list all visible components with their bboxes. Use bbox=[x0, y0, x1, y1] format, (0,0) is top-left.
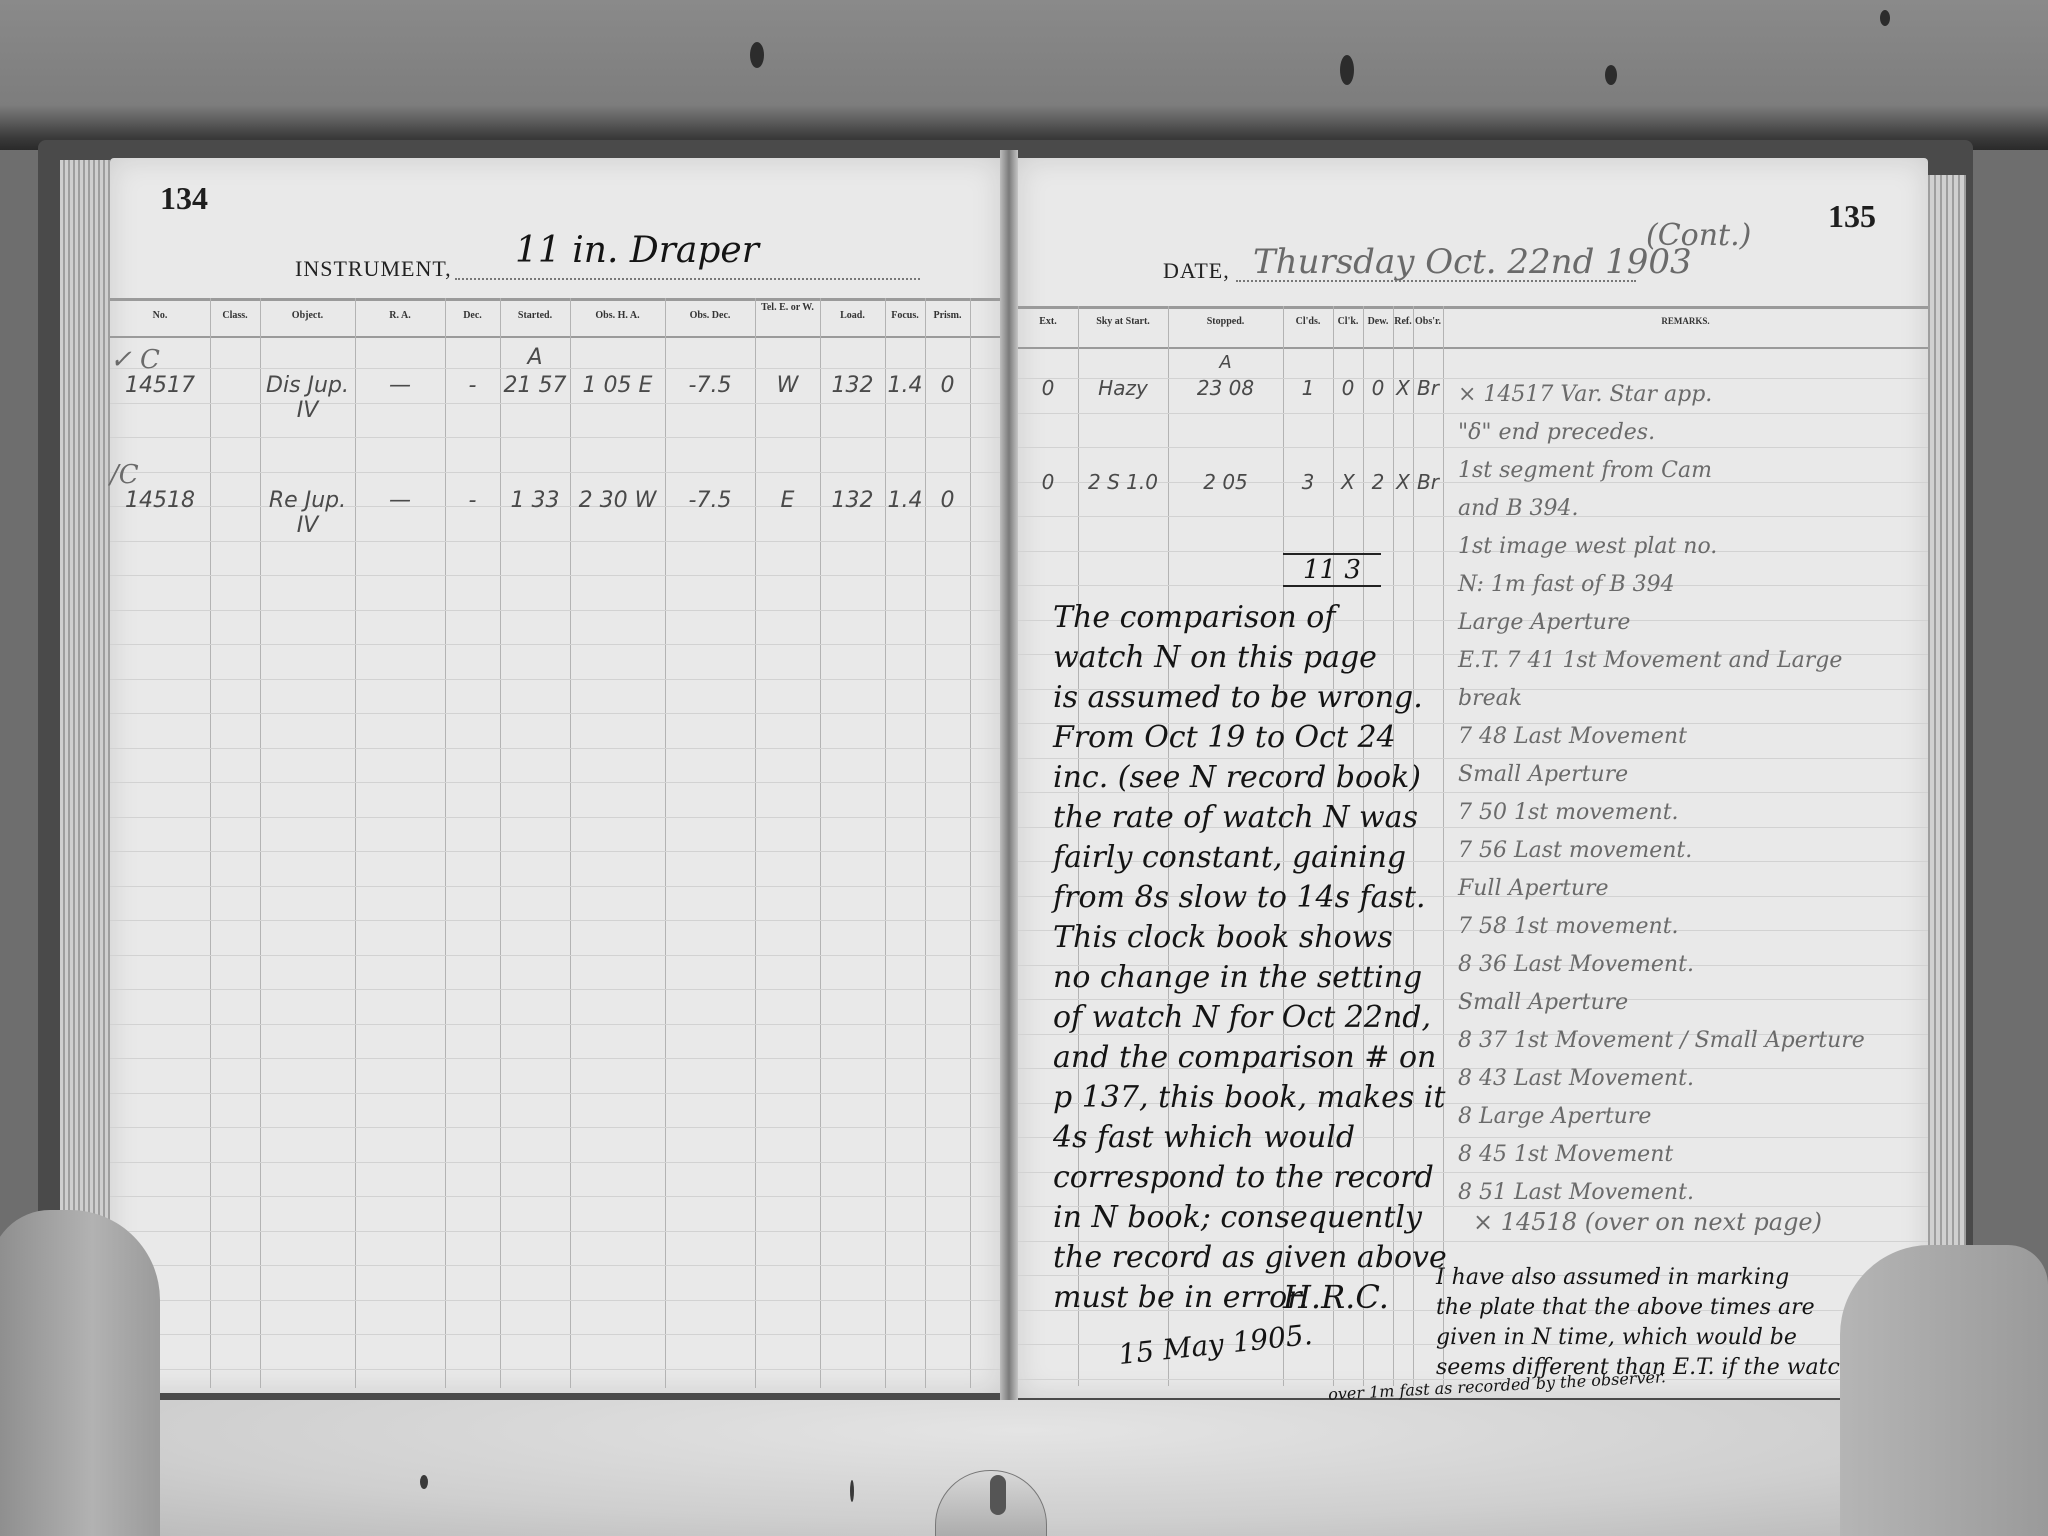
board-knot bbox=[1880, 10, 1890, 26]
row-rule bbox=[110, 989, 1000, 990]
date-label: DATE, bbox=[1163, 258, 1230, 284]
instrument-dotline bbox=[455, 278, 920, 280]
column-header: No. bbox=[110, 310, 210, 321]
board-knot bbox=[750, 42, 764, 68]
row-rule bbox=[110, 1231, 1000, 1232]
column-rule bbox=[885, 298, 886, 1388]
column-rule bbox=[570, 298, 571, 1388]
entry-prism: 0 bbox=[925, 488, 970, 513]
column-header: Obs'r. bbox=[1413, 316, 1443, 327]
entry-obs-ha: 2 30 W bbox=[570, 488, 665, 513]
row-rule bbox=[110, 955, 1000, 956]
entry-stopped: 2 05 bbox=[1168, 470, 1283, 494]
row-rule bbox=[110, 437, 1000, 438]
column-header: Ext. bbox=[1018, 316, 1078, 327]
row-rule bbox=[110, 1196, 1000, 1197]
handwritten-line: 8 36 Last Movement. bbox=[1458, 946, 1865, 984]
board-knot bbox=[1340, 55, 1354, 85]
handwritten-line: 8 43 Last Movement. bbox=[1458, 1060, 1865, 1098]
entry-obsr: Br bbox=[1413, 470, 1443, 494]
entry-load: 132 bbox=[820, 488, 885, 513]
handwritten-line: Full Aperture bbox=[1458, 870, 1865, 908]
entry-no: 14518 bbox=[110, 488, 210, 513]
correction-mark: 11 3 bbox=[1283, 553, 1381, 587]
entry-ref: X bbox=[1393, 470, 1413, 494]
column-header-band bbox=[1018, 306, 1928, 349]
handwritten-line: and the comparison # on bbox=[1053, 1038, 1447, 1078]
entry-obs-dec: -7.5 bbox=[665, 373, 755, 398]
handwritten-line: break bbox=[1458, 680, 1865, 718]
right-hand bbox=[1840, 1245, 2048, 1536]
entry-dew: 2 bbox=[1363, 470, 1393, 494]
row-rule bbox=[110, 713, 1000, 714]
entry-clds: 1 bbox=[1283, 376, 1333, 400]
entry-obsr: Br bbox=[1413, 376, 1443, 400]
row-rule bbox=[110, 1300, 1000, 1301]
column-rule bbox=[970, 298, 971, 1388]
row-rule bbox=[110, 817, 1000, 818]
handwritten-line: "δ" end precedes. bbox=[1458, 414, 1865, 452]
left-hand bbox=[0, 1210, 160, 1536]
started-mark: A bbox=[500, 345, 570, 370]
stopped-mark: A bbox=[1168, 352, 1283, 373]
row-rule bbox=[110, 644, 1000, 645]
entry-sky: 2 S 1.0 bbox=[1078, 470, 1168, 494]
entry-ext: 0 bbox=[1018, 376, 1078, 400]
entry-ra: — bbox=[355, 373, 445, 398]
handwritten-line: 1st segment from Cam bbox=[1458, 452, 1865, 490]
entry-tel: W bbox=[755, 373, 820, 398]
row-rule bbox=[110, 541, 1000, 542]
entry-object: Dis Jup. IV bbox=[260, 373, 355, 423]
row-rule bbox=[110, 1265, 1000, 1266]
row-rule bbox=[110, 1058, 1000, 1059]
handwritten-line: 1st image west plat no. bbox=[1458, 528, 1865, 566]
handwritten-line: and B 394. bbox=[1458, 490, 1865, 528]
entry-object: Re Jup. IV bbox=[260, 488, 355, 538]
column-header: Sky at Start. bbox=[1078, 316, 1168, 327]
row-mark: /C bbox=[110, 460, 139, 490]
wooden-board bbox=[0, 0, 2048, 150]
row-rule bbox=[110, 403, 1000, 404]
entry-tel: E bbox=[755, 488, 820, 513]
left-page: 134 INSTRUMENT, 11 in. Draper No.Class.O… bbox=[110, 158, 1000, 1393]
column-rule bbox=[500, 298, 501, 1388]
handwritten-line: 8 Large Aperture bbox=[1458, 1098, 1865, 1136]
entry-sky: Hazy bbox=[1078, 376, 1168, 400]
remarks-footer: × 14518 (over on next page) bbox=[1473, 1208, 1822, 1236]
handwritten-line: From Oct 19 to Oct 24 bbox=[1053, 718, 1447, 758]
column-header: Dec. bbox=[445, 310, 500, 321]
entry-clk: X bbox=[1333, 470, 1363, 494]
row-rule bbox=[110, 1334, 1000, 1335]
entry-started: 1 33 bbox=[500, 488, 570, 513]
column-rule bbox=[445, 298, 446, 1388]
handwritten-line: the plate that the above times are bbox=[1436, 1293, 1904, 1323]
book-gutter bbox=[1000, 150, 1018, 1400]
second-note: I have also assumed in markingthe plate … bbox=[1436, 1263, 1904, 1383]
row-rule bbox=[110, 472, 1000, 473]
handwritten-line: is assumed to be wrong. bbox=[1053, 678, 1447, 718]
handwritten-line: given in N time, which would be bbox=[1436, 1323, 1904, 1353]
row-mark: ✓ C bbox=[110, 345, 160, 375]
entry-no: 14517 bbox=[110, 373, 210, 398]
handwritten-line: 4s fast which would bbox=[1053, 1118, 1447, 1158]
right-page: 135 (Cont.) DATE, Thursday Oct. 22nd 190… bbox=[1018, 158, 1928, 1398]
page-edges-right bbox=[1928, 175, 1966, 1395]
entry-clk: 0 bbox=[1333, 376, 1363, 400]
row-rule bbox=[110, 1369, 1000, 1370]
handwritten-line: p 137, this book, makes it bbox=[1053, 1078, 1447, 1118]
column-header: Cl'k. bbox=[1333, 316, 1363, 327]
column-rule bbox=[210, 298, 211, 1388]
column-header: REMARKS. bbox=[1443, 316, 1928, 327]
handwritten-line: Large Aperture bbox=[1458, 604, 1865, 642]
page-number-left: 134 bbox=[160, 180, 208, 217]
row-rule bbox=[110, 1024, 1000, 1025]
handwritten-line: E.T. 7 41 1st Movement and Large bbox=[1458, 642, 1865, 680]
handwritten-line: inc. (see N record book) bbox=[1053, 758, 1447, 798]
entry-focus: 1.4 bbox=[885, 373, 925, 398]
handwritten-line: N: 1m fast of B 394 bbox=[1458, 566, 1865, 604]
column-rule bbox=[755, 298, 756, 1388]
column-header: Obs. H. A. bbox=[570, 310, 665, 321]
entry-ra: — bbox=[355, 488, 445, 513]
handwritten-line: Small Aperture bbox=[1458, 756, 1865, 794]
handwritten-line: no change in the setting bbox=[1053, 958, 1447, 998]
column-rule bbox=[820, 298, 821, 1388]
row-rule bbox=[110, 1093, 1000, 1094]
entry-dec: - bbox=[445, 488, 500, 513]
remarks-column: × 14517 Var. Star app."δ" end precedes.1… bbox=[1458, 376, 1865, 1212]
column-header: Cl'ds. bbox=[1283, 316, 1333, 327]
entry-focus: 1.4 bbox=[885, 488, 925, 513]
handwritten-line: from 8s slow to 14s fast. bbox=[1053, 878, 1447, 918]
column-header: Prism. bbox=[925, 310, 970, 321]
column-rule bbox=[665, 298, 666, 1388]
handwritten-line: This clock book shows bbox=[1053, 918, 1447, 958]
column-header: Obs. Dec. bbox=[665, 310, 755, 321]
column-header: R. A. bbox=[355, 310, 445, 321]
handwritten-line: of watch N for Oct 22nd, bbox=[1053, 998, 1447, 1038]
row-rule bbox=[110, 851, 1000, 852]
handwritten-line: the record as given above bbox=[1053, 1238, 1447, 1278]
entry-dew: 0 bbox=[1363, 376, 1393, 400]
column-header: Stopped. bbox=[1168, 316, 1283, 327]
board-knot bbox=[1605, 65, 1617, 85]
handwritten-line: The comparison of bbox=[1053, 598, 1447, 638]
row-rule bbox=[110, 886, 1000, 887]
desk-pin bbox=[990, 1475, 1006, 1515]
column-rule bbox=[355, 298, 356, 1388]
row-rule bbox=[110, 610, 1000, 611]
signature-date: 15 May 1905. bbox=[1117, 1318, 1314, 1371]
entry-load: 132 bbox=[820, 373, 885, 398]
column-header: Ref. bbox=[1393, 316, 1413, 327]
handwritten-line: 7 56 Last movement. bbox=[1458, 832, 1865, 870]
instrument-label: INSTRUMENT, bbox=[295, 256, 452, 282]
page-number-right: 135 bbox=[1828, 198, 1876, 235]
handwritten-line: I have also assumed in marking bbox=[1436, 1263, 1904, 1293]
entry-prism: 0 bbox=[925, 373, 970, 398]
row-rule bbox=[110, 575, 1000, 576]
handwritten-line: 7 48 Last Movement bbox=[1458, 718, 1865, 756]
entry-stopped: 23 08 bbox=[1168, 376, 1283, 400]
entry-clds: 3 bbox=[1283, 470, 1333, 494]
handwritten-line: fairly constant, gaining bbox=[1053, 838, 1447, 878]
row-rule bbox=[110, 1162, 1000, 1163]
signature: H.R.C. bbox=[1283, 1278, 1389, 1316]
date-value: Thursday Oct. 22nd 1903 bbox=[1253, 242, 1692, 282]
handwritten-line: 7 50 1st movement. bbox=[1458, 794, 1865, 832]
handwritten-line: watch N on this page bbox=[1053, 638, 1447, 678]
entry-obs-ha: 1 05 E bbox=[570, 373, 665, 398]
column-header: Dew. bbox=[1363, 316, 1393, 327]
page-edges-left bbox=[60, 160, 110, 1385]
handwritten-line: 8 51 Last Movement. bbox=[1458, 1174, 1865, 1212]
handwritten-line: 8 45 1st Movement bbox=[1458, 1136, 1865, 1174]
column-rule bbox=[925, 298, 926, 1388]
column-header: Started. bbox=[500, 310, 570, 321]
handwritten-line: the rate of watch N was bbox=[1053, 798, 1447, 838]
row-rule bbox=[110, 1127, 1000, 1128]
row-rule bbox=[110, 679, 1000, 680]
entry-started: 21 57 bbox=[500, 373, 570, 398]
column-header: Tel. E. or W. bbox=[755, 302, 820, 313]
column-header: Object. bbox=[260, 310, 355, 321]
entry-ref: X bbox=[1393, 376, 1413, 400]
entry-dec: - bbox=[445, 373, 500, 398]
column-header: Focus. bbox=[885, 310, 925, 321]
handwritten-line: Small Aperture bbox=[1458, 984, 1865, 1022]
handwritten-line: 8 37 1st Movement / Small Aperture bbox=[1458, 1022, 1865, 1060]
entry-obs-dec: -7.5 bbox=[665, 488, 755, 513]
handwritten-line: correspond to the record bbox=[1053, 1158, 1447, 1198]
column-header: Class. bbox=[210, 310, 260, 321]
handwritten-line: × 14517 Var. Star app. bbox=[1458, 376, 1865, 414]
row-rule bbox=[110, 782, 1000, 783]
handwritten-line: 7 58 1st movement. bbox=[1458, 908, 1865, 946]
correction-note: The comparison ofwatch N on this pageis … bbox=[1053, 598, 1447, 1318]
handwritten-line: in N book; consequently bbox=[1053, 1198, 1447, 1238]
column-header: Load. bbox=[820, 310, 885, 321]
entry-ext: 0 bbox=[1018, 470, 1078, 494]
row-rule bbox=[110, 748, 1000, 749]
row-rule bbox=[110, 920, 1000, 921]
instrument-value: 11 in. Draper bbox=[515, 230, 759, 271]
column-rule bbox=[260, 298, 261, 1388]
